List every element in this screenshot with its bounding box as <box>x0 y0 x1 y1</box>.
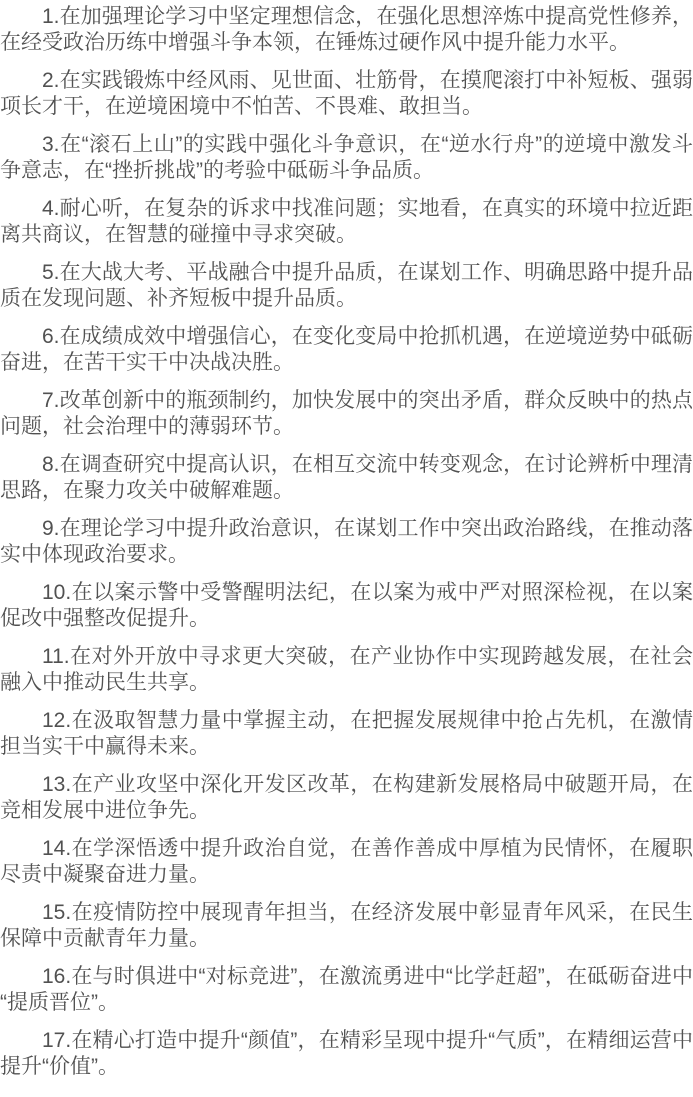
paragraph: 7.改革创新中的瓶颈制约，加快发展中的突出矛盾，群众反映中的热点问题，社会治理中… <box>0 388 693 440</box>
paragraph: 10.在以案示警中受警醒明法纪，在以案为戒中严对照深检视，在以案促改中强整改促提… <box>0 580 693 632</box>
paragraph: 8.在调查研究中提高认识，在相互交流中转变观念，在讨论辨析中理清思路，在聚力攻关… <box>0 452 693 504</box>
paragraph: 14.在学深悟透中提升政治自觉，在善作善成中厚植为民情怀，在履职尽责中凝聚奋进力… <box>0 836 693 888</box>
paragraph: 4.耐心听，在复杂的诉求中找准问题；实地看，在真实的环境中拉近距离共商议，在智慧… <box>0 196 693 248</box>
paragraph: 16.在与时俱进中“对标竞进”，在激流勇进中“比学赶超”，在砥砺奋进中“提质晋位… <box>0 964 693 1016</box>
paragraph: 17.在精心打造中提升“颜值”，在精彩呈现中提升“气质”，在精细运营中提升“价值… <box>0 1028 693 1080</box>
paragraph: 6.在成绩成效中增强信心，在变化变局中抢抓机遇，在逆境逆势中砥砺奋进，在苦干实干… <box>0 324 693 376</box>
paragraph: 11.在对外开放中寻求更大突破，在产业协作中实现跨越发展，在社会融入中推动民生共… <box>0 644 693 696</box>
paragraph: 12.在汲取智慧力量中掌握主动，在把握发展规律中抢占先机，在激情担当实干中赢得未… <box>0 708 693 760</box>
paragraph: 13.在产业攻坚中深化开发区改革，在构建新发展格局中破题开局，在竞相发展中进位争… <box>0 772 693 824</box>
paragraph: 15.在疫情防控中展现青年担当，在经济发展中彰显青年风采，在民生保障中贡献青年力… <box>0 900 693 952</box>
paragraph: 5.在大战大考、平战融合中提升品质，在谋划工作、明确思路中提升品质在发现问题、补… <box>0 260 693 312</box>
paragraph: 9.在理论学习中提升政治意识，在谋划工作中突出政治路线，在推动落实中体现政治要求… <box>0 516 693 568</box>
paragraph: 3.在“滚石上山”的实践中强化斗争意识，在“逆水行舟”的逆境中激发斗争意志，在“… <box>0 132 693 184</box>
paragraph: 2.在实践锻炼中经风雨、见世面、壮筋骨，在摸爬滚打中补短板、强弱项长才干，在逆境… <box>0 68 693 120</box>
article-body: 1.在加强理论学习中坚定理想信念，在强化思想淬炼中提高党性修养，在经受政治历练中… <box>0 0 693 1080</box>
paragraph: 1.在加强理论学习中坚定理想信念，在强化思想淬炼中提高党性修养，在经受政治历练中… <box>0 4 693 56</box>
